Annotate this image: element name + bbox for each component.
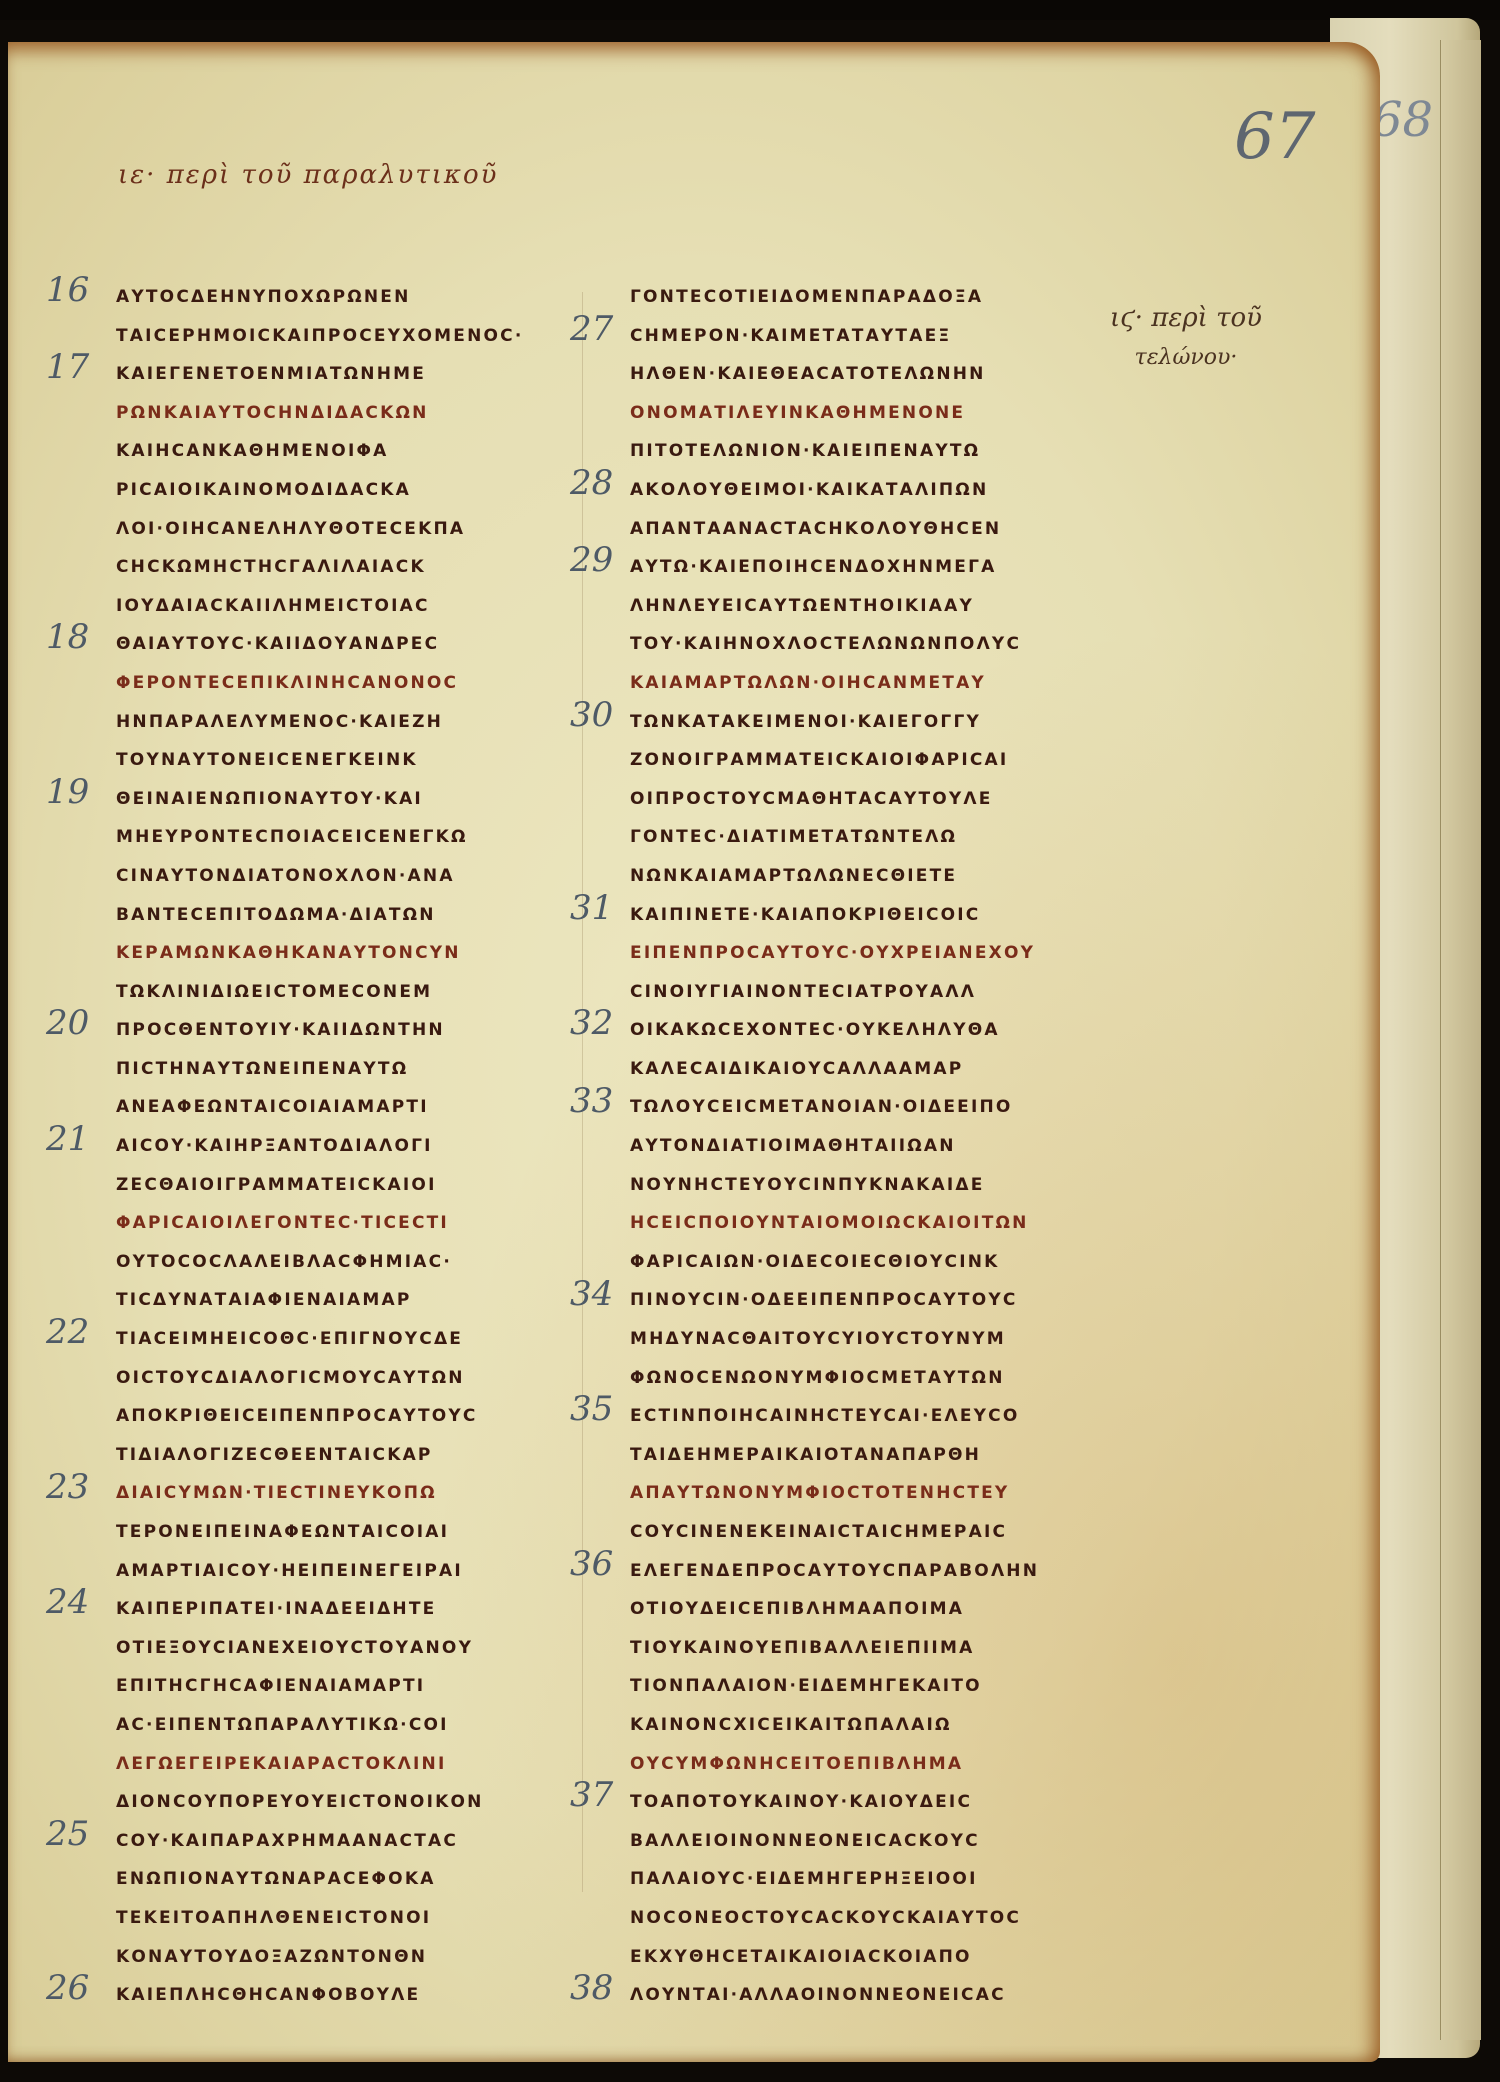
manuscript-line: ΚΑΙΠΙΝΕΤΕ·ΚΑΙΑΠΟΚΡΙΘΕΙϹΟΙϹ: [630, 896, 1050, 935]
manuscript-line: ΛΕΓΩΕΓΕΙΡΕΚΑΙΑΡΑϹΤΟΚΛΙΝΙ: [116, 1745, 516, 1784]
manuscript-line: ΔΙΟΝϹΟΥΠΟΡΕΥΟΥΕΙϹΤΟΝΟΙΚΟΝ: [116, 1783, 516, 1822]
manuscript-line: ΚΑΙΗϹΑΝΚΑΘΗΜΕΝΟΙΦΑ: [116, 432, 516, 471]
verse-number: 32: [570, 1003, 613, 1043]
manuscript-line: ΡΩΝΚΑΙΑΥΤΟϹΗΝΔΙΔΑϹΚΩΝ: [116, 394, 516, 433]
manuscript-line: ΛΟΥΝΤΑΙ·ΑΛΛΑΟΙΝΟΝΝΕΟΝΕΙϹΑϹ: [630, 1976, 1050, 2015]
manuscript-line: ΖΕϹΘΑΙΟΙΓΡΑΜΜΑΤΕΙϹΚΑΙΟΙ: [116, 1166, 516, 1205]
manuscript-line: ΘΑΙΑΥΤΟΥϹ·ΚΑΙΙΔΟΥΑΝΔΡΕϹ: [116, 625, 516, 664]
manuscript-line: ΜΗΕΥΡΟΝΤΕϹΠΟΙΑϹΕΙϹΕΝΕΓΚΩ: [116, 818, 516, 857]
manuscript-line: ΦΕΡΟΝΤΕϹΕΠΙΚΛΙΝΗϹΑΝΟΝΟϹ: [116, 664, 516, 703]
verse-number: 24: [46, 1582, 89, 1622]
verse-number: 28: [570, 463, 613, 503]
manuscript-line: ϹΟΥϹΙΝΕΝΕΚΕΙΝΑΙϹΤΑΙϹΗΜΕΡΑΙϹ: [630, 1513, 1050, 1552]
manuscript-line: ΤΕΡΟΝΕΙΠΕΙΝΑΦΕΩΝΤΑΙϹΟΙΑΙ: [116, 1513, 516, 1552]
manuscript-line: ΕΚΧΥΘΗϹΕΤΑΙΚΑΙΟΙΑϹΚΟΙΑΠΟ: [630, 1938, 1050, 1977]
manuscript-line: ΠΙϹΤΗΝΑΥΤΩΝΕΙΠΕΝΑΥΤΩ: [116, 1050, 516, 1089]
manuscript-line: ΤΩΝΚΑΤΑΚΕΙΜΕΝΟΙ·ΚΑΙΕΓΟΓΓΥ: [630, 703, 1050, 742]
manuscript-line: ΑΝΕΑΦΕΩΝΤΑΙϹΟΙΑΙΑΜΑΡΤΙ: [116, 1088, 516, 1127]
manuscript-line: ΤΙϹΔΥΝΑΤΑΙΑΦΙΕΝΑΙΑΜΑΡ: [116, 1281, 516, 1320]
scan-background-top: [0, 0, 1500, 20]
margin-note-line: τελώνου·: [1110, 338, 1262, 378]
verse-number: 17: [46, 347, 89, 387]
manuscript-line: ϹΙΝΟΙΥΓΙΑΙΝΟΝΤΕϹΙΑΤΡΟΥΑΛΛ: [630, 973, 1050, 1012]
manuscript-line: ΑΚΟΛΟΥΘΕΙΜΟΙ·ΚΑΙΚΑΤΑΛΙΠΩΝ: [630, 471, 1050, 510]
manuscript-line: ΤΑΙΔΕΗΜΕΡΑΙΚΑΙΟΤΑΝΑΠΑΡΘΗ: [630, 1436, 1050, 1475]
manuscript-line: ΔΙΑΙϹΥΜΩΝ·ΤΙΕϹΤΙΝΕΥΚΟΠΩ: [116, 1474, 516, 1513]
verse-number: 27: [570, 309, 613, 349]
manuscript-line: ΚΑΛΕϹΑΙΔΙΚΑΙΟΥϹΑΛΛΑΑΜΑΡ: [630, 1050, 1050, 1089]
verse-number: 19: [46, 772, 89, 812]
manuscript-line: ΤΟΥΝΑΥΤΟΝΕΙϹΕΝΕΓΚΕΙΝΚ: [116, 741, 516, 780]
margin-note-line: ιϛ· περὶ τοῦ: [1110, 298, 1262, 338]
manuscript-line: ΤΙΟΝΠΑΛΑΙΟΝ·ΕΙΔΕΜΗΓΕΚΑΙΤΟ: [630, 1667, 1050, 1706]
manuscript-line: ΟΥΤΟϹΟϹΛΑΛΕΙΒΛΑϹΦΗΜΙΑϹ·: [116, 1243, 516, 1282]
manuscript-line: ΟΥϹΥΜΦΩΝΗϹΕΙΤΟΕΠΙΒΛΗΜΑ: [630, 1745, 1050, 1784]
manuscript-line: ΖΟΝΟΙΓΡΑΜΜΑΤΕΙϹΚΑΙΟΙΦΑΡΙϹΑΙ: [630, 741, 1050, 780]
verse-number: 37: [570, 1775, 613, 1815]
manuscript-line: ΕϹΤΙΝΠΟΙΗϹΑΙΝΗϹΤΕΥϹΑΙ·ΕΛΕΥϹΟ: [630, 1397, 1050, 1436]
manuscript-line: ΦΑΡΙϹΑΙΩΝ·ΟΙΔΕϹΟΙΕϹΘΙΟΥϹΙΝΚ: [630, 1243, 1050, 1282]
manuscript-line: ΗΛΘΕΝ·ΚΑΙΕΘΕΑϹΑΤΟΤΕΛΩΝΗΝ: [630, 355, 1050, 394]
manuscript-line: ΤΙΟΥΚΑΙΝΟΥΕΠΙΒΑΛΛΕΙΕΠΙΙΜΑ: [630, 1629, 1050, 1668]
manuscript-line: ϹΟΥ·ΚΑΙΠΑΡΑΧΡΗΜΑΑΝΑϹΤΑϹ: [116, 1822, 516, 1861]
manuscript-line: ΑΠΟΚΡΙΘΕΙϹΕΙΠΕΝΠΡΟϹΑΥΤΟΥϹ: [116, 1397, 516, 1436]
manuscript-line: ΑΠΑΥΤΩΝΟΝΥΜΦΙΟϹΤΟΤΕΝΗϹΤΕΥ: [630, 1474, 1050, 1513]
text-column-right: ΓΟΝΤΕϹΟΤΙΕΙΔΟΜΕΝΠΑΡΑΔΟΞΑϹΗΜΕΡΟΝ·ΚΑΙΜΕΤΑΤ…: [630, 278, 1050, 2015]
manuscript-line: ΤΙΑϹΕΙΜΗΕΙϹΟΘϹ·ΕΠΙΓΝΟΥϹΔΕ: [116, 1320, 516, 1359]
verse-number: 25: [46, 1814, 89, 1854]
manuscript-line: ϹΙΝΑΥΤΟΝΔΙΑΤΟΝΟΧΛΟΝ·ΑΝΑ: [116, 857, 516, 896]
manuscript-line: ΕΝΩΠΙΟΝΑΥΤΩΝΑΡΑϹΕΦΟΚΑ: [116, 1860, 516, 1899]
verse-number: 20: [46, 1003, 89, 1043]
manuscript-line: ΦΩΝΟϹΕΝΩΟΝΥΜΦΙΟϹΜΕΤΑΥΤΩΝ: [630, 1359, 1050, 1398]
manuscript-line: ΙΟΥΔΑΙΑϹΚΑΙΙΛΗΜΕΙϹΤΟΙΑϹ: [116, 587, 516, 626]
verse-number: 29: [570, 540, 613, 580]
manuscript-line: ΠΙΝΟΥϹΙΝ·ΟΔΕΕΙΠΕΝΠΡΟϹΑΥΤΟΥϹ: [630, 1281, 1050, 1320]
manuscript-line: ΒΑΝΤΕϹΕΠΙΤΟΔΩΜΑ·ΔΙΑΤΩΝ: [116, 896, 516, 935]
manuscript-line: ΚΑΙΝΟΝϹΧΙϹΕΙΚΑΙΤΩΠΑΛΑΙΩ: [630, 1706, 1050, 1745]
verse-number: 34: [570, 1274, 613, 1314]
manuscript-line: ΑΥΤΟΝΔΙΑΤΙΟΙΜΑΘΗΤΑΙΙΩΑΝ: [630, 1127, 1050, 1166]
verse-number: 38: [570, 1968, 613, 2008]
verse-number: 30: [570, 695, 613, 735]
verse-number: 35: [570, 1389, 613, 1429]
manuscript-line: ΓΟΝΤΕϹ·ΔΙΑΤΙΜΕΤΑΤΩΝΤΕΛΩ: [630, 818, 1050, 857]
manuscript-line: ΤΩΛΟΥϹΕΙϹΜΕΤΑΝΟΙΑΝ·ΟΙΔΕΕΙΠΟ: [630, 1088, 1050, 1127]
manuscript-line: ΕΠΙΤΗϹΓΗϹΑΦΙΕΝΑΙΑΜΑΡΤΙ: [116, 1667, 516, 1706]
manuscript-line: ΕΛΕΓΕΝΔΕΠΡΟϹΑΥΤΟΥϹΠΑΡΑΒΟΛΗΝ: [630, 1552, 1050, 1591]
manuscript-line: ΟΤΙΕΞΟΥϹΙΑΝΕΧΕΙΟΥϹΤΟΥΑΝΟΥ: [116, 1629, 516, 1668]
manuscript-line: ΑϹ·ΕΙΠΕΝΤΩΠΑΡΑΛΥΤΙΚΩ·ϹΟΙ: [116, 1706, 516, 1745]
manuscript-line: ΘΕΙΝΑΙΕΝΩΠΙΟΝΑΥΤΟΥ·ΚΑΙ: [116, 780, 516, 819]
manuscript-line: ΡΙϹΑΙΟΙΚΑΙΝΟΜΟΔΙΔΑϹΚΑ: [116, 471, 516, 510]
manuscript-line: ΛΗΝΛΕΥΕΙϹΑΥΤΩΕΝΤΗΟΙΚΙΑΑΥ: [630, 587, 1050, 626]
manuscript-line: ΑΥΤΟϹΔΕΗΝΥΠΟΧΩΡΩΝΕΝ: [116, 278, 516, 317]
verse-number: 33: [570, 1081, 613, 1121]
manuscript-line: ΚΑΙΠΕΡΙΠΑΤΕΙ·ΙΝΑΔΕΕΙΔΗΤΕ: [116, 1590, 516, 1629]
manuscript-line: ΠΑΛΑΙΟΥϹ·ΕΙΔΕΜΗΓΕΡΗΞΕΙΟΟΙ: [630, 1860, 1050, 1899]
manuscript-line: ΕΙΠΕΝΠΡΟϹΑΥΤΟΥϹ·ΟΥΧΡΕΙΑΝΕΧΟΥ: [630, 934, 1050, 973]
manuscript-line: ΝΩΝΚΑΙΑΜΑΡΤΩΛΩΝΕϹΘΙΕΤΕ: [630, 857, 1050, 896]
margin-note: ιϛ· περὶ τοῦ τελώνου·: [1110, 298, 1262, 378]
manuscript-line: ΑΜΑΡΤΙΑΙϹΟΥ·ΗΕΙΠΕΙΝΕΓΕΙΡΑΙ: [116, 1552, 516, 1591]
manuscript-line: ΟΙΠΡΟϹΤΟΥϹΜΑΘΗΤΑϹΑΥΤΟΥΛΕ: [630, 780, 1050, 819]
verse-number: 36: [570, 1544, 613, 1584]
verse-number: 21: [46, 1119, 89, 1159]
verse-number: 31: [570, 888, 613, 928]
text-column-left: ΑΥΤΟϹΔΕΗΝΥΠΟΧΩΡΩΝΕΝΤΑΙϹΕΡΗΜΟΙϹΚΑΙΠΡΟϹΕΥΧ…: [116, 278, 516, 2015]
verse-number: 26: [46, 1968, 89, 2008]
folio-number-next: 68: [1372, 92, 1433, 148]
manuscript-line: ϹΗϹΚΩΜΗϹΤΗϹΓΑΛΙΛΑΙΑϹΚ: [116, 548, 516, 587]
manuscript-line: ΤΙΔΙΑΛΟΓΙΖΕϹΘΕΕΝΤΑΙϹΚΑΡ: [116, 1436, 516, 1475]
manuscript-line: ΚΕΡΑΜΩΝΚΑΘΗΚΑΝΑΥΤΟΝϹΥΝ: [116, 934, 516, 973]
manuscript-line: ΤΟΥ·ΚΑΙΗΝΟΧΛΟϹΤΕΛΩΝΩΝΠΟΛΥϹ: [630, 625, 1050, 664]
verse-number: 18: [46, 617, 89, 657]
manuscript-line: ΑΠΑΝΤΑΑΝΑϹΤΑϹΗΚΟΛΟΥΘΗϹΕΝ: [630, 510, 1050, 549]
manuscript-line: ΤΑΙϹΕΡΗΜΟΙϹΚΑΙΠΡΟϹΕΥΧΟΜΕΝΟϹ·: [116, 317, 516, 356]
manuscript-line: ΤΟΑΠΟΤΟΥΚΑΙΝΟΥ·ΚΑΙΟΥΔΕΙϹ: [630, 1783, 1050, 1822]
manuscript-line: ΛΟΙ·ΟΙΗϹΑΝΕΛΗΛΥΘΟΤΕϹΕΚΠΑ: [116, 510, 516, 549]
manuscript-line: ΤΕΚΕΙΤΟΑΠΗΛΘΕΝΕΙϹΤΟΝΟΙ: [116, 1899, 516, 1938]
manuscript-line: ΝΟϹΟΝΕΟϹΤΟΥϹΑϹΚΟΥϹΚΑΙΑΥΤΟϹ: [630, 1899, 1050, 1938]
verse-number: 22: [46, 1312, 89, 1352]
chapter-heading: ιε· περὶ τοῦ παραλυτικοῦ: [118, 160, 498, 190]
manuscript-line: ΦΑΡΙϹΑΙΟΙΛΕΓΟΝΤΕϹ·ΤΙϹΕϹΤΙ: [116, 1204, 516, 1243]
manuscript-line: ΠΙΤΟΤΕΛΩΝΙΟΝ·ΚΑΙΕΙΠΕΝΑΥΤΩ: [630, 432, 1050, 471]
manuscript-line: ΒΑΛΛΕΙΟΙΝΟΝΝΕΟΝΕΙϹΑϹΚΟΥϹ: [630, 1822, 1050, 1861]
manuscript-line: ΚΑΙΕΠΛΗϹΘΗϹΑΝΦΟΒΟΥΛΕ: [116, 1976, 516, 2015]
manuscript-line: ΠΡΟϹΘΕΝΤΟΥΙΥ·ΚΑΙΙΔΩΝΤΗΝ: [116, 1011, 516, 1050]
manuscript-line: ΟΙΚΑΚΩϹΕΧΟΝΤΕϹ·ΟΥΚΕΛΗΛΥΘΑ: [630, 1011, 1050, 1050]
manuscript-line: ΟΤΙΟΥΔΕΙϹΕΠΙΒΛΗΜΑΑΠΟΙΜΑ: [630, 1590, 1050, 1629]
manuscript-line: ΗΝΠΑΡΑΛΕΛΥΜΕΝΟϹ·ΚΑΙΕΖΗ: [116, 703, 516, 742]
manuscript-line: ΚΟΝΑΥΤΟΥΔΟΞΑΖΩΝΤΟΝΘΝ: [116, 1938, 516, 1977]
verse-number: 16: [46, 270, 89, 310]
manuscript-line: ϹΗΜΕΡΟΝ·ΚΑΙΜΕΤΑΤΑΥΤΑΕΞ: [630, 317, 1050, 356]
manuscript-line: ΜΗΔΥΝΑϹΘΑΙΤΟΥϹΥΙΟΥϹΤΟΥΝΥΜ: [630, 1320, 1050, 1359]
manuscript-line: ΗϹΕΙϹΠΟΙΟΥΝΤΑΙΟΜΟΙΩϹΚΑΙΟΙΤΩΝ: [630, 1204, 1050, 1243]
manuscript-line: ΚΑΙΕΓΕΝΕΤΟΕΝΜΙΑΤΩΝΗΜΕ: [116, 355, 516, 394]
manuscript-line: ΝΟΥΝΗϹΤΕΥΟΥϹΙΝΠΥΚΝΑΚΑΙΔΕ: [630, 1166, 1050, 1205]
verse-number: 23: [46, 1467, 89, 1507]
manuscript-line: ΟΝΟΜΑΤΙΛΕΥΙΝΚΑΘΗΜΕΝΟΝΕ: [630, 394, 1050, 433]
manuscript-line: ΟΙϹΤΟΥϹΔΙΑΛΟΓΙϹΜΟΥϹΑΥΤΩΝ: [116, 1359, 516, 1398]
manuscript-line: ΚΑΙΑΜΑΡΤΩΛΩΝ·ΟΙΗϹΑΝΜΕΤΑΥ: [630, 664, 1050, 703]
manuscript-line: ΑΥΤΩ·ΚΑΙΕΠΟΙΗϹΕΝΔΟΧΗΝΜΕΓΑ: [630, 548, 1050, 587]
folio-number: 67: [1234, 100, 1315, 174]
underlying-leaf-edge: [1440, 40, 1481, 2040]
manuscript-line: ΑΙϹΟΥ·ΚΑΙΗΡΞΑΝΤΟΔΙΑΛΟΓΙ: [116, 1127, 516, 1166]
manuscript-line: ΓΟΝΤΕϹΟΤΙΕΙΔΟΜΕΝΠΑΡΑΔΟΞΑ: [630, 278, 1050, 317]
manuscript-line: ΤΩΚΛΙΝΙΔΙΩΕΙϹΤΟΜΕϹΟΝΕΜ: [116, 973, 516, 1012]
